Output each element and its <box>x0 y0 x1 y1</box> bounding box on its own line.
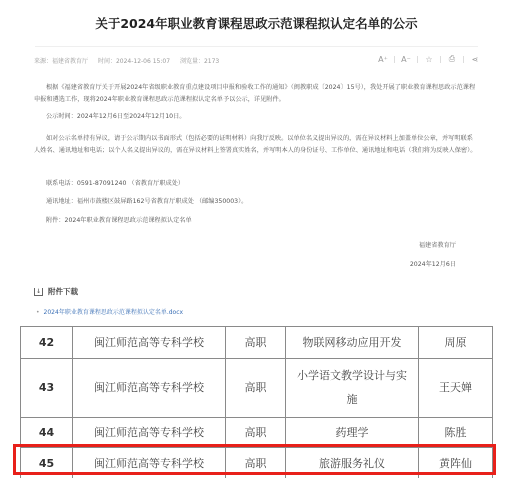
article-toolbar: A⁺ A⁻ ☆ ⎙ ⋖ <box>376 54 482 64</box>
attachment-note: 附件：2024年职业教育课程思政示范课程拟认定名单 <box>34 215 479 227</box>
print-icon[interactable]: ⎙ <box>445 54 459 64</box>
table-row: 43 闽江师范高等专科学校 高职 小学语文教学设计与实 施 王天婵 <box>21 359 493 418</box>
attachment-link-label[interactable]: 2024年职业教育课程思政示范课程拟认定名单.docx <box>44 309 184 316</box>
signature-date: 2024年12月6日 <box>410 259 456 268</box>
table-row: 44 闽江师范高等专科学校 高职 药理学 陈胜 <box>21 418 493 448</box>
toolbar-separator <box>394 56 395 63</box>
body-paragraph: 根据《福建省教育厅关于开展2024年省级职业教育重点建设项目申报和验收工作的通知… <box>34 82 479 106</box>
leader-cell: 陈胜 <box>419 418 493 448</box>
row-number: 43 <box>21 359 73 418</box>
title-divider <box>35 46 478 47</box>
leader-cell: 周原 <box>419 327 493 359</box>
highlight-box <box>13 444 496 475</box>
level-cell: 高职 <box>226 359 286 418</box>
toolbar-separator <box>417 56 418 63</box>
body-paragraph: 公示时间：2024年12月6日至2024年12月10日。 <box>34 111 479 123</box>
bullet-icon: • <box>36 309 40 316</box>
attachment-link[interactable]: •2024年职业教育课程思政示范课程拟认定名单.docx <box>36 307 183 316</box>
favorite-icon[interactable]: ☆ <box>422 55 436 64</box>
toolbar-separator <box>440 56 441 63</box>
school-cell: 闽江师范高等专科学校 <box>73 327 226 359</box>
font-smaller-icon[interactable]: A⁻ <box>399 55 413 64</box>
font-larger-icon[interactable]: A⁺ <box>376 55 390 64</box>
share-icon[interactable]: ⋖ <box>468 55 482 64</box>
body-paragraph: 如对公示名单持有异议，请于公示期内以书面形式（包括必要的证明材料）向我厅反映。以… <box>34 133 479 157</box>
school-cell: 闽江师范高等专科学校 <box>73 359 226 418</box>
page-title: 关于2024年职业教育课程思政示范课程拟认定名单的公示 <box>0 14 513 32</box>
attachments-heading-label: 附件下载 <box>48 286 78 297</box>
contact-phone: 联系电话：0591-87091240 （省教育厅职成处） <box>34 178 479 190</box>
article-meta: 来源：福建省教育厅 时间：2024-12-06 15:07 浏览量：2173 <box>34 56 227 65</box>
level-cell: 高职 <box>226 418 286 448</box>
signature-org: 福建省教育厅 <box>419 240 456 249</box>
attachments-heading: ↓ 附件下载 <box>34 286 78 297</box>
course-line: 小学语文教学设计与实 <box>286 367 418 385</box>
download-icon: ↓ <box>34 288 43 296</box>
contact-address: 通讯地址：福州市鼓楼区鼓屏路162号省教育厅职成处 （邮编350003）。 <box>34 196 479 208</box>
course-line: 施 <box>286 391 418 409</box>
time-label: 时间：2024-12-06 15:07 <box>98 58 170 65</box>
table-row: 42 闽江师范高等专科学校 高职 物联网移动应用开发 周原 <box>21 327 493 359</box>
views-label: 浏览量：2173 <box>180 58 219 65</box>
row-number: 42 <box>21 327 73 359</box>
school-cell: 闽江师范高等专科学校 <box>73 418 226 448</box>
course-cell: 药理学 <box>286 418 419 448</box>
level-cell: 高职 <box>226 327 286 359</box>
source-label: 来源：福建省教育厅 <box>34 58 88 65</box>
toolbar-separator <box>463 56 464 63</box>
course-cell: 物联网移动应用开发 <box>286 327 419 359</box>
leader-cell: 王天婵 <box>419 359 493 418</box>
row-number: 44 <box>21 418 73 448</box>
course-cell: 小学语文教学设计与实 施 <box>286 359 419 418</box>
